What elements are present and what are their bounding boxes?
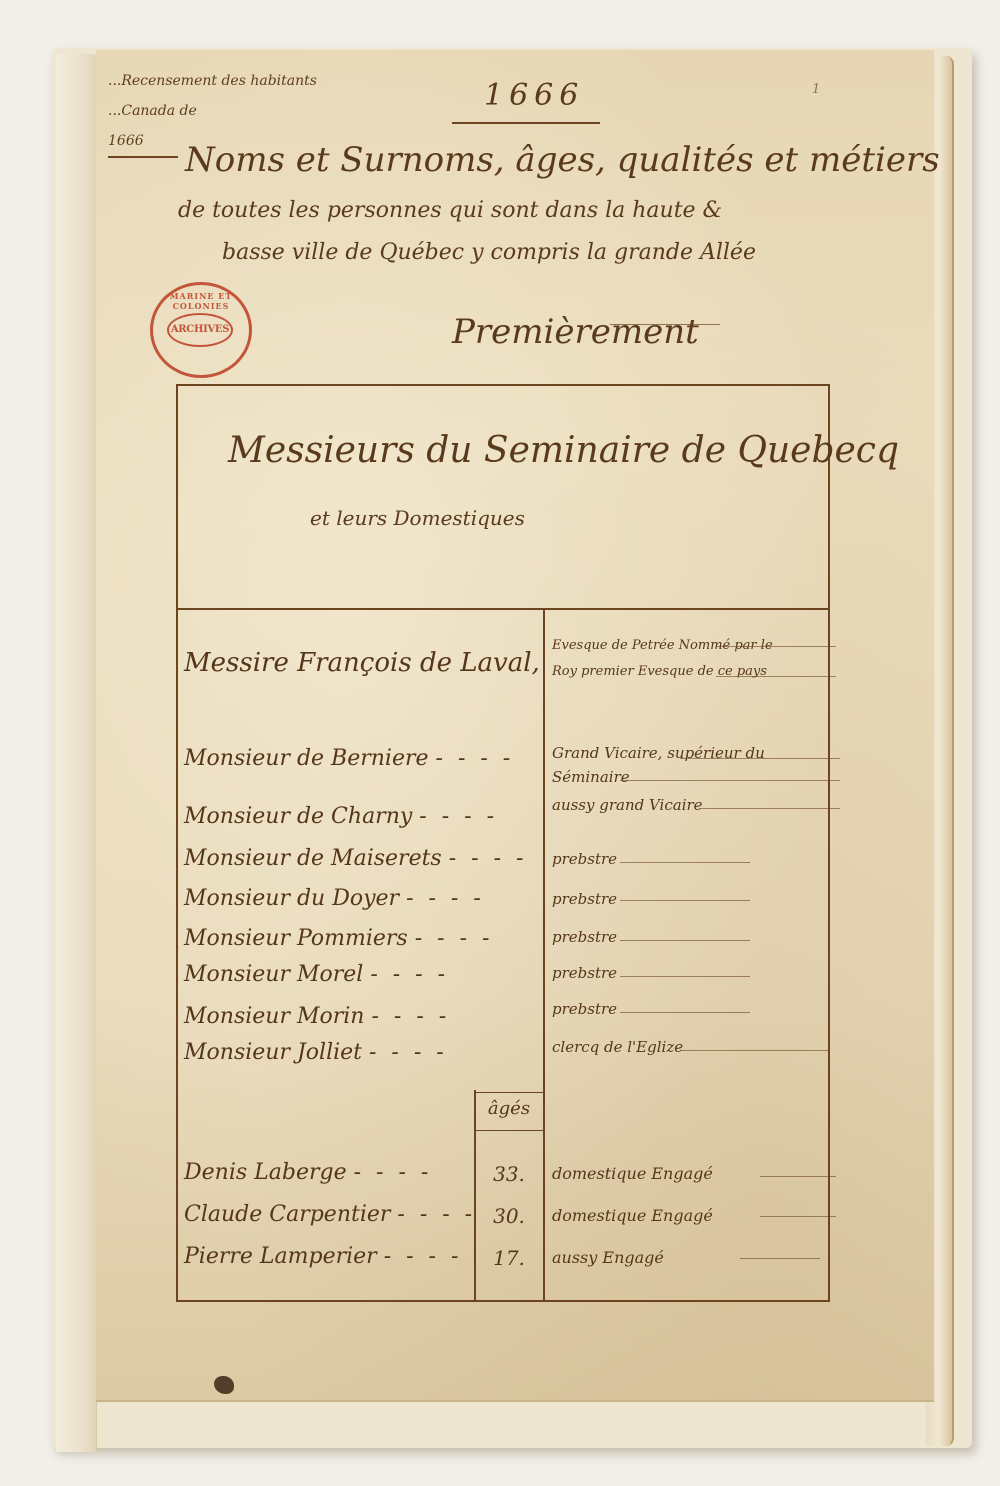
ink-rule [700,808,840,809]
member-description: prebstre [552,1000,617,1018]
ink-rule [760,1176,836,1177]
domestic-age: 17. [474,1246,544,1270]
table-header-subtitle: et leurs Domestiques [310,506,525,530]
title-line-3: basse ville de Québec y compris la grand… [222,240,756,265]
age-column-header: âgés [474,1098,544,1119]
domestic-description: domestique Engagé [552,1164,713,1183]
ink-rule [740,1258,820,1259]
ink-rule [620,976,750,977]
member-name: Monsieur Morel - - - - [184,962,449,987]
domestic-description: aussy Engagé [552,1248,664,1267]
archives-stamp: MARINE ET COLONIES ARCHIVES [150,282,252,378]
ink-blot [214,1376,234,1394]
member-description: prebstre [552,850,617,868]
member-description: prebstre [552,890,617,908]
domestic-description: domestique Engagé [552,1206,713,1225]
domestic-name: Pierre Lamperier - - - - [184,1244,462,1269]
stamp-center-text: ARCHIVES [167,313,233,347]
member-description: prebstre [552,964,617,982]
year-heading: 1666 [484,78,584,113]
member-name: Messire François de Laval, [184,648,540,678]
year-underline [452,122,600,124]
member-name: Monsieur Jolliet - - - - [184,1040,448,1065]
member-description: clercq de l'Eglize [552,1038,683,1056]
member-name: Monsieur Pommiers - - - - [184,926,493,951]
title-line-1: Noms et Surnoms, âges, qualités et métie… [185,140,940,180]
margin-note-line-3: 1666 [108,126,178,158]
member-description: Grand Vicaire, supérieur du [552,744,765,762]
member-name: Monsieur de Charny - - - - [184,804,498,829]
domestic-name: Denis Laberge - - - - [184,1160,432,1185]
member-description-cont: Séminaire [552,768,630,786]
ink-rule [680,758,840,759]
ink-rule [620,862,750,863]
margin-note-line-1: ...Recensement des habitants [108,66,317,96]
member-description: aussy grand Vicaire [552,796,703,814]
age-header-bottom [474,1130,544,1131]
section-heading-rule [610,324,720,325]
member-name: Monsieur du Doyer - - - - [184,886,485,911]
description-column-divider [543,608,545,1300]
page-number: 1 [812,82,820,97]
domestic-name: Claude Carpentier - - - - [184,1202,476,1227]
binding-spine [56,54,97,1452]
ink-rule [620,900,750,901]
member-name: Monsieur de Berniere - - - - [184,746,514,771]
stamp-ring-text: MARINE ET COLONIES [153,291,249,311]
age-header-top [474,1092,544,1093]
ink-rule [620,780,840,781]
member-description: prebstre [552,928,617,946]
member-name: Monsieur de Maiserets - - - - [184,846,527,871]
member-name: Monsieur Morin - - - - [184,1004,450,1029]
ink-rule [716,646,836,647]
ink-rule [620,940,750,941]
margin-note-line-2: ...Canada de [108,96,317,126]
domestic-age: 33. [474,1162,544,1186]
ink-rule [680,1050,830,1051]
title-line-2: de toutes les personnes qui sont dans la… [178,198,722,223]
section-heading: Premièrement [452,312,699,352]
table-header-divider [176,608,828,610]
ink-rule [716,676,836,677]
domestic-age: 30. [474,1204,544,1228]
table-header-title: Messieurs du Seminaire de Quebecq [228,430,899,471]
ink-rule [760,1216,836,1217]
ink-rule [620,1012,750,1013]
